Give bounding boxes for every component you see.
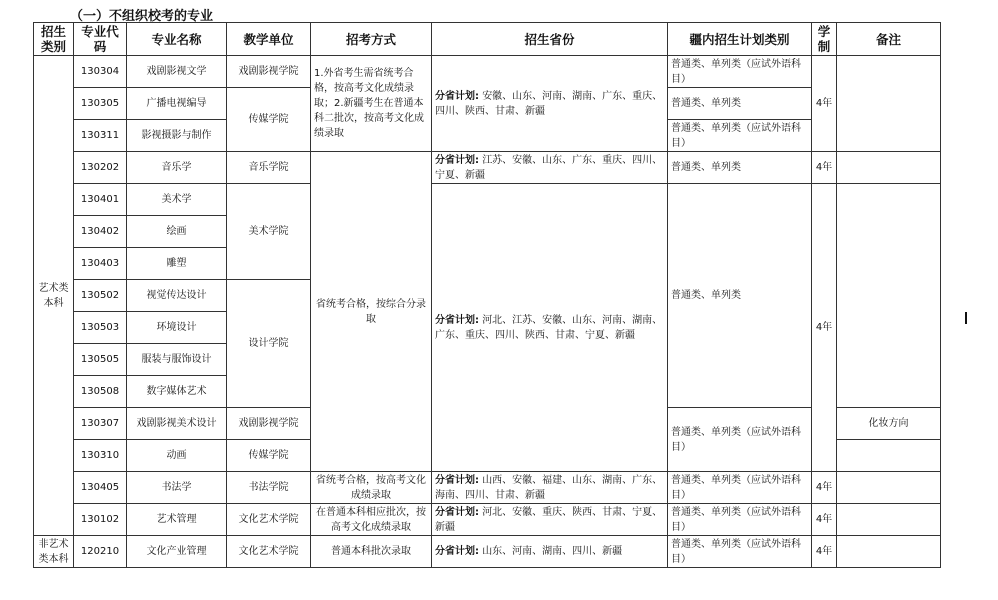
major-name: 戏剧影视美术设计 [127, 408, 227, 440]
notes-cell [837, 440, 941, 472]
admission-method: 省统考合格，按高考文化成绩录取 [311, 472, 432, 504]
plan-type: 普通类、单列类 [668, 88, 812, 120]
provinces-cell: 分省计划: 河北、江苏、安徽、山东、河南、湖南、广东、重庆、四川、陕西、甘肃、宁… [432, 184, 668, 472]
major-code: 130503 [74, 312, 127, 344]
teaching-unit: 戏剧影视学院 [227, 408, 311, 440]
duration: 4年 [812, 56, 837, 152]
major-code: 130202 [74, 152, 127, 184]
notes-cell [837, 56, 941, 152]
major-name: 视觉传达设计 [127, 280, 227, 312]
header-duration: 学制 [812, 23, 837, 56]
major-code: 130502 [74, 280, 127, 312]
header-category: 招生类别 [34, 23, 74, 56]
duration: 4年 [812, 472, 837, 504]
major-name: 雕塑 [127, 248, 227, 280]
teaching-unit: 传媒学院 [227, 440, 311, 472]
header-unit: 教学单位 [227, 23, 311, 56]
major-name: 美术学 [127, 184, 227, 216]
major-code: 130304 [74, 56, 127, 88]
table-row: 艺术类本科 130304 戏剧影视文学 戏剧影视学院 1.外省考生需省统考合格，… [34, 56, 941, 88]
plan-type: 普通类、单列类（应试外语科目） [668, 408, 812, 472]
plan-label: 分省计划: [435, 155, 479, 166]
major-name: 绘画 [127, 216, 227, 248]
plan-type: 普通类、单列类 [668, 184, 812, 408]
major-name: 文化产业管理 [127, 536, 227, 568]
notes-cell [837, 472, 941, 504]
major-name: 广播电视编导 [127, 88, 227, 120]
table-row: 130102 艺术管理 文化艺术学院 在普通本科相应批次，按高考文化成绩录取 分… [34, 504, 941, 536]
teaching-unit: 文化艺术学院 [227, 504, 311, 536]
teaching-unit: 文化艺术学院 [227, 536, 311, 568]
major-code: 130508 [74, 376, 127, 408]
admission-method: 在普通本科相应批次，按高考文化成绩录取 [311, 504, 432, 536]
major-code: 130505 [74, 344, 127, 376]
notes-cell [837, 184, 941, 408]
plan-label: 分省计划: [435, 507, 479, 518]
header-provinces: 招生省份 [432, 23, 668, 56]
major-code: 130305 [74, 88, 127, 120]
major-name: 书法学 [127, 472, 227, 504]
plan-label: 分省计划: [435, 315, 479, 326]
table-row: 非艺术类本科 120210 文化产业管理 文化艺术学院 普通本科批次录取 分省计… [34, 536, 941, 568]
category-art: 艺术类本科 [34, 56, 74, 536]
major-name: 数字媒体艺术 [127, 376, 227, 408]
text-cursor-mark [965, 312, 967, 324]
plan-label: 分省计划: [435, 475, 479, 486]
category-non-art: 非艺术类本科 [34, 536, 74, 568]
major-name: 动画 [127, 440, 227, 472]
header-code: 专业代码 [74, 23, 127, 56]
province-list: 山东、河南、湖南、四川、新疆 [482, 546, 622, 557]
notes-cell [837, 504, 941, 536]
major-code: 130403 [74, 248, 127, 280]
table-row: 130401 美术学 美术学院 分省计划: 河北、江苏、安徽、山东、河南、湖南、… [34, 184, 941, 216]
table-row: 130202 音乐学 音乐学院 省统考合格，按综合分录取 分省计划: 江苏、安徽… [34, 152, 941, 184]
major-code: 130401 [74, 184, 127, 216]
major-name: 影视摄影与制作 [127, 120, 227, 152]
admission-table: 招生类别 专业代码 专业名称 教学单位 招考方式 招生省份 疆内招生计划类别 学… [33, 22, 941, 568]
header-row: 招生类别 专业代码 专业名称 教学单位 招考方式 招生省份 疆内招生计划类别 学… [34, 23, 941, 56]
plan-type: 普通类、单列类（应试外语科目） [668, 504, 812, 536]
teaching-unit: 美术学院 [227, 184, 311, 280]
major-name: 环境设计 [127, 312, 227, 344]
duration: 4年 [812, 504, 837, 536]
major-code: 130102 [74, 504, 127, 536]
plan-label: 分省计划: [435, 546, 479, 557]
admission-method: 普通本科批次录取 [311, 536, 432, 568]
header-name: 专业名称 [127, 23, 227, 56]
header-plan-type: 疆内招生计划类别 [668, 23, 812, 56]
provinces-cell: 分省计划: 江苏、安徽、山东、广东、重庆、四川、宁夏、新疆 [432, 152, 668, 184]
provinces-cell: 分省计划: 山西、安徽、福建、山东、湖南、广东、海南、四川、甘肃、新疆 [432, 472, 668, 504]
header-method: 招考方式 [311, 23, 432, 56]
plan-type: 普通类、单列类（应试外语科目） [668, 536, 812, 568]
major-code: 120210 [74, 536, 127, 568]
major-code: 130307 [74, 408, 127, 440]
major-name: 服装与服饰设计 [127, 344, 227, 376]
major-name: 艺术管理 [127, 504, 227, 536]
major-code: 130310 [74, 440, 127, 472]
major-name: 音乐学 [127, 152, 227, 184]
duration: 4年 [812, 152, 837, 184]
major-name: 戏剧影视文学 [127, 56, 227, 88]
major-code: 130311 [74, 120, 127, 152]
table-row: 130405 书法学 书法学院 省统考合格，按高考文化成绩录取 分省计划: 山西… [34, 472, 941, 504]
notes-cell: 化妆方向 [837, 408, 941, 440]
plan-type: 普通类、单列类（应试外语科目） [668, 56, 812, 88]
provinces-cell: 分省计划: 河北、安徽、重庆、陕西、甘肃、宁夏、新疆 [432, 504, 668, 536]
admission-method: 省统考合格，按综合分录取 [311, 152, 432, 472]
teaching-unit: 传媒学院 [227, 88, 311, 152]
teaching-unit: 书法学院 [227, 472, 311, 504]
duration: 4年 [812, 536, 837, 568]
major-code: 130402 [74, 216, 127, 248]
plan-label: 分省计划: [435, 91, 479, 102]
duration: 4年 [812, 184, 837, 472]
plan-type: 普通类、单列类（应试外语科目） [668, 472, 812, 504]
provinces-cell: 分省计划: 山东、河南、湖南、四川、新疆 [432, 536, 668, 568]
header-notes: 备注 [837, 23, 941, 56]
plan-type: 普通类、单列类（应试外语科目） [668, 120, 812, 152]
admission-method: 1.外省考生需省统考合格，按高考文化成绩录取；2.新疆考生在普通本科二批次，按高… [311, 56, 432, 152]
provinces-cell: 分省计划: 安徽、山东、河南、湖南、广东、重庆、四川、陕西、甘肃、新疆 [432, 56, 668, 152]
notes-cell [837, 152, 941, 184]
major-code: 130405 [74, 472, 127, 504]
teaching-unit: 设计学院 [227, 280, 311, 408]
plan-type: 普通类、单列类 [668, 152, 812, 184]
teaching-unit: 音乐学院 [227, 152, 311, 184]
notes-cell [837, 536, 941, 568]
teaching-unit: 戏剧影视学院 [227, 56, 311, 88]
